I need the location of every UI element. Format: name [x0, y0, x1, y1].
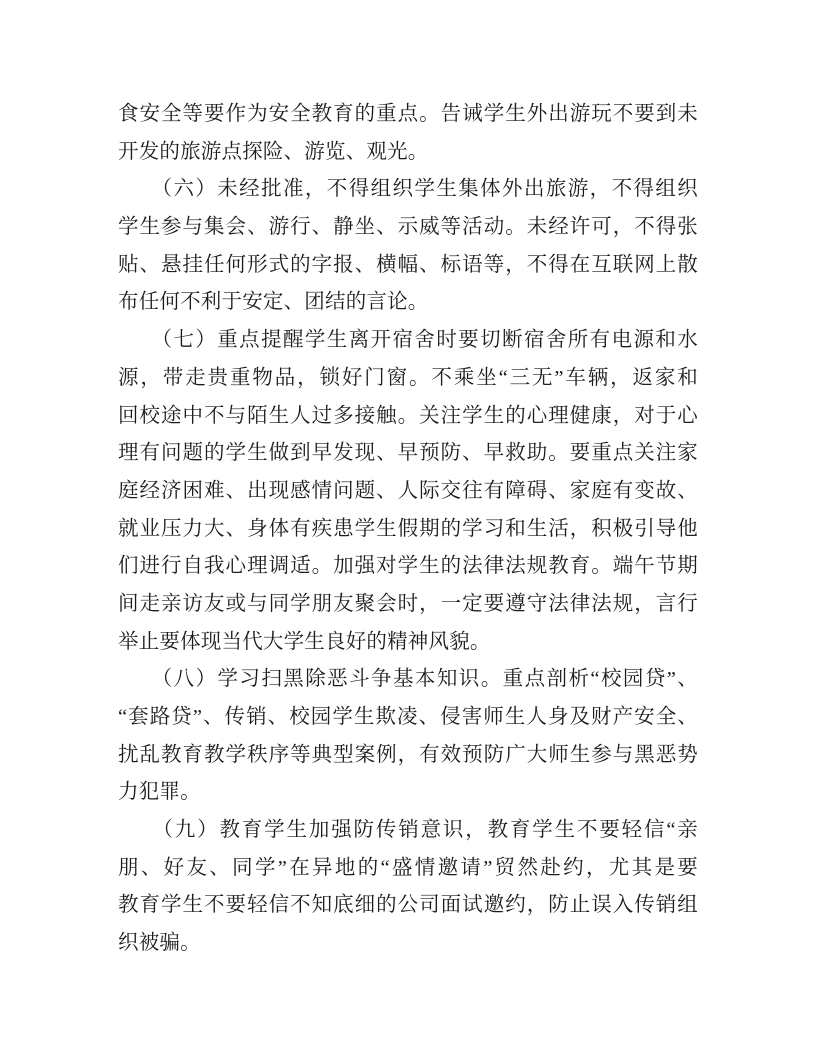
text-line: 就业压力大、身体有疾患学生假期的学习和生活，积极引导他: [118, 511, 698, 549]
text-line: 教育学生不要轻信不知底细的公司面试邀约，防止误入传销组: [118, 887, 698, 925]
text-line: 食安全等要作为安全教育的重点。告诫学生外出游玩不要到未: [118, 96, 698, 134]
text-line: 举止要体现当代大学生良好的精神风貌。: [118, 624, 698, 662]
text-line: 源，带走贵重物品，锁好门窗。不乘坐“三无”车辆，返家和: [118, 360, 698, 398]
text-line: （九）教育学生加强防传销意识，教育学生不要轻信“亲: [118, 812, 698, 850]
document-body: 食安全等要作为安全教育的重点。告诫学生外出游玩不要到未 开发的旅游点探险、游览、…: [118, 96, 698, 963]
text-line: 学生参与集会、游行、静坐、示威等活动。未经许可，不得张: [118, 209, 698, 247]
text-line: 扰乱教育教学秩序等典型案例，有效预防广大师生参与黑恶势: [118, 737, 698, 775]
text-line: 布任何不利于安定、团结的言论。: [118, 284, 698, 322]
text-line: 理有问题的学生做到早发现、早预防、早救助。要重点关注家: [118, 435, 698, 473]
text-line: 织被骗。: [118, 925, 698, 963]
text-line: 开发的旅游点探险、游览、观光。: [118, 134, 698, 172]
text-line: 间走亲访友或与同学朋友聚会时，一定要遵守法律法规，言行: [118, 586, 698, 624]
text-line: 们进行自我心理调适。加强对学生的法律法规教育。端午节期: [118, 548, 698, 586]
text-line: 庭经济困难、出现感情问题、人际交往有障碍、家庭有变故、: [118, 473, 698, 511]
text-line: “套路贷”、传销、校园学生欺凌、侵害师生人身及财产安全、: [118, 699, 698, 737]
text-line: （八）学习扫黑除恶斗争基本知识。重点剖析“校园贷”、: [118, 661, 698, 699]
text-line: 回校途中不与陌生人过多接触。关注学生的心理健康，对于心: [118, 398, 698, 436]
text-line: 力犯罪。: [118, 774, 698, 812]
document-page: 食安全等要作为安全教育的重点。告诫学生外出游玩不要到未 开发的旅游点探险、游览、…: [0, 0, 816, 1056]
text-line: （六）未经批准，不得组织学生集体外出旅游，不得组织: [118, 171, 698, 209]
text-line: 朋、好友、同学”在异地的“盛情邀请”贸然赴约，尤其是要: [118, 850, 698, 888]
text-line: （七）重点提醒学生离开宿舍时要切断宿舍所有电源和水: [118, 322, 698, 360]
text-line: 贴、悬挂任何形式的字报、横幅、标语等，不得在互联网上散: [118, 247, 698, 285]
